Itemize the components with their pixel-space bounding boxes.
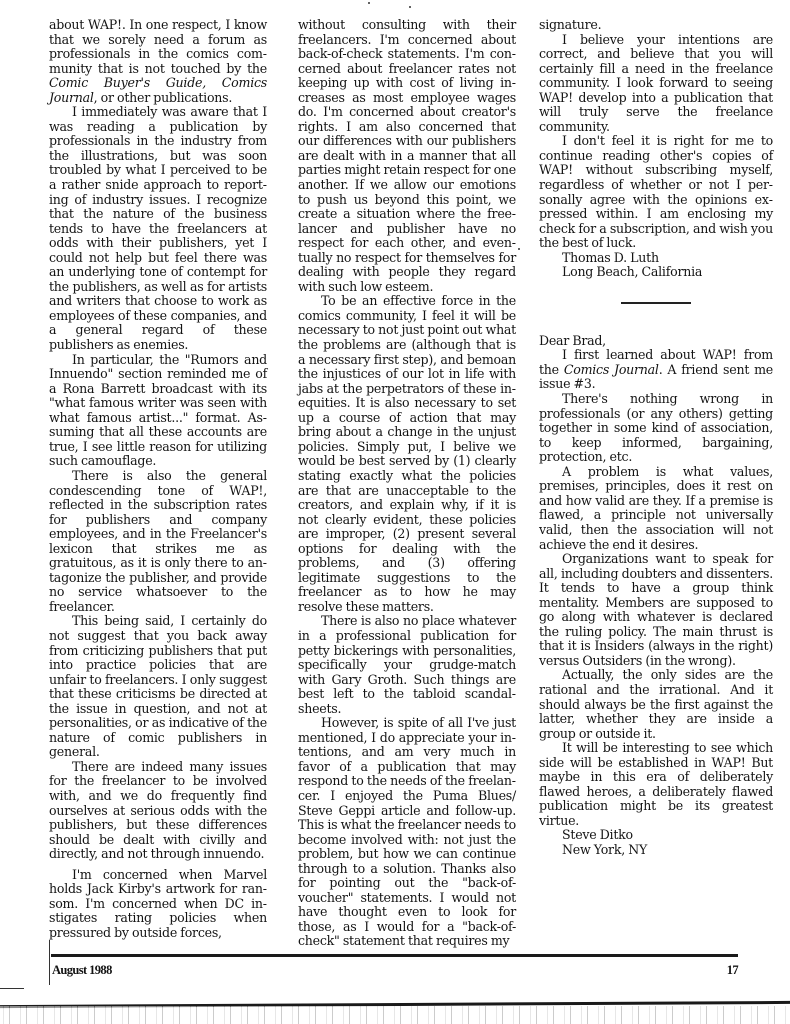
paragraph-text: , or other publications. xyxy=(94,90,232,105)
paragraph: There is also the general conde­scending… xyxy=(49,469,267,614)
footer-rule xyxy=(51,954,738,957)
paragraph: I immediately was aware that I was readi… xyxy=(49,105,267,352)
signature-location: Long Beach, California xyxy=(539,265,773,280)
letter-separator xyxy=(621,302,691,304)
issue-date: August 1988 xyxy=(52,963,112,978)
paragraph: I don't feel it is right for me to conti… xyxy=(539,134,773,250)
paragraph: This being said, I certainly do not sugg… xyxy=(49,614,267,759)
paragraph: I believe your intentions are correct, a… xyxy=(539,33,773,135)
paragraph: A problem is what values, premises, prin… xyxy=(539,465,773,552)
column-1: about WAP!. In one respect, I know that … xyxy=(49,18,267,940)
paragraph: There is also no place whatever in a pro… xyxy=(298,614,516,716)
paragraph: about WAP!. In one respect, I know that … xyxy=(49,18,267,105)
publication-title: Comics Journal xyxy=(564,362,659,377)
paragraph: To be an effective force in the comics c… xyxy=(298,294,516,614)
paragraph: There are indeed many issues for the fre… xyxy=(49,760,267,862)
paragraph-text: about WAP!. In one respect, I know that … xyxy=(49,17,267,76)
signature-location: New York, NY xyxy=(539,843,773,858)
page-number: 17 xyxy=(727,963,738,978)
paragraph: There's nothing wrong in professionals (… xyxy=(539,392,773,465)
column-3: signature. I believe your intentions are… xyxy=(539,18,773,858)
paragraph: I'm concerned when Marvel holds Jack Kir… xyxy=(49,868,267,941)
signature-name: Steve Ditko xyxy=(539,828,773,843)
paragraph: signature. xyxy=(539,18,773,33)
paragraph: I first learned about WAP! from the Comi… xyxy=(539,348,773,392)
scan-speck xyxy=(409,6,411,8)
scan-speck xyxy=(518,248,520,250)
scan-mark xyxy=(0,988,24,989)
paragraph: However, is spite of all I've just menti… xyxy=(298,716,516,949)
signature-name: Thomas D. Luth xyxy=(539,251,773,266)
salutation: Dear Brad, xyxy=(539,334,773,349)
letter-ditko: Dear Brad, I first learned about WAP! fr… xyxy=(539,334,773,858)
column-2: without consulting with their freelancer… xyxy=(298,18,516,949)
paragraph: without consulting with their freelancer… xyxy=(298,18,516,294)
scan-noise xyxy=(0,1006,790,1024)
paragraph: Organizations want to speak for all, inc… xyxy=(539,552,773,668)
paragraph: In particular, the "Rumors and Innuendo"… xyxy=(49,353,267,469)
paragraph: It will be interesting to see which side… xyxy=(539,741,773,828)
scan-speck xyxy=(368,2,370,4)
letter-luth: signature. I believe your intentions are… xyxy=(539,18,773,280)
paragraph: Actually, the only sides are the rationa… xyxy=(539,668,773,741)
margin-mark xyxy=(49,940,50,985)
